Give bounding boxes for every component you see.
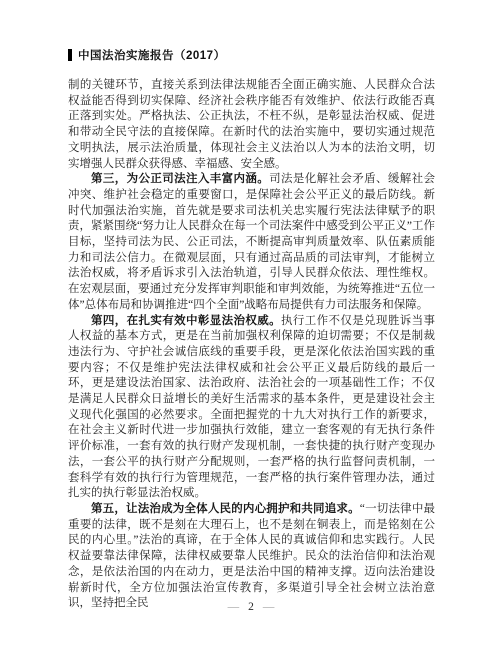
- header-bar-icon: [68, 49, 72, 61]
- document-body: 制的关键环节，直接关系到法律法规能否全面正确实施、人民群众合法权益能否得到切实保…: [68, 78, 435, 612]
- paragraph-4-heading: 第五，让法治成为全体人民的内心拥护和共同追求。: [91, 503, 360, 515]
- paragraph-1: 制的关键环节，直接关系到法律法规能否全面正确实施、人民群众合法权益能否得到切实保…: [68, 78, 435, 172]
- paragraph-3-heading: 第四，在扎实有效中彰显法治权威。: [91, 315, 281, 327]
- paragraph-2-heading: 第三，为公正司法注入丰富内涵。: [91, 173, 269, 185]
- footer-dash-left: —: [228, 601, 240, 613]
- running-header: 中国法治实施报告（2017）: [68, 47, 226, 63]
- report-page: 中国法治实施报告（2017） 制的关键环节，直接关系到法律法规能否全面正确实施、…: [0, 0, 502, 672]
- page-footer: —2—: [0, 601, 502, 613]
- paragraph-4: 第五，让法治成为全体人民的内心拥护和共同追求。“一切法律中最重要的法律，既不是刻…: [68, 502, 435, 612]
- report-title: 中国法治实施报告（2017）: [78, 47, 226, 63]
- page-number: 2: [248, 601, 254, 613]
- footer-dash-right: —: [263, 601, 275, 613]
- paragraph-3: 第四，在扎实有效中彰显法治权威。执行工作不仅是兑现胜诉当事人权益的基本方式，更是…: [68, 314, 435, 502]
- paragraph-2: 第三，为公正司法注入丰富内涵。司法是化解社会矛盾、缓解社会冲突、维护社会稳定的重…: [68, 172, 435, 313]
